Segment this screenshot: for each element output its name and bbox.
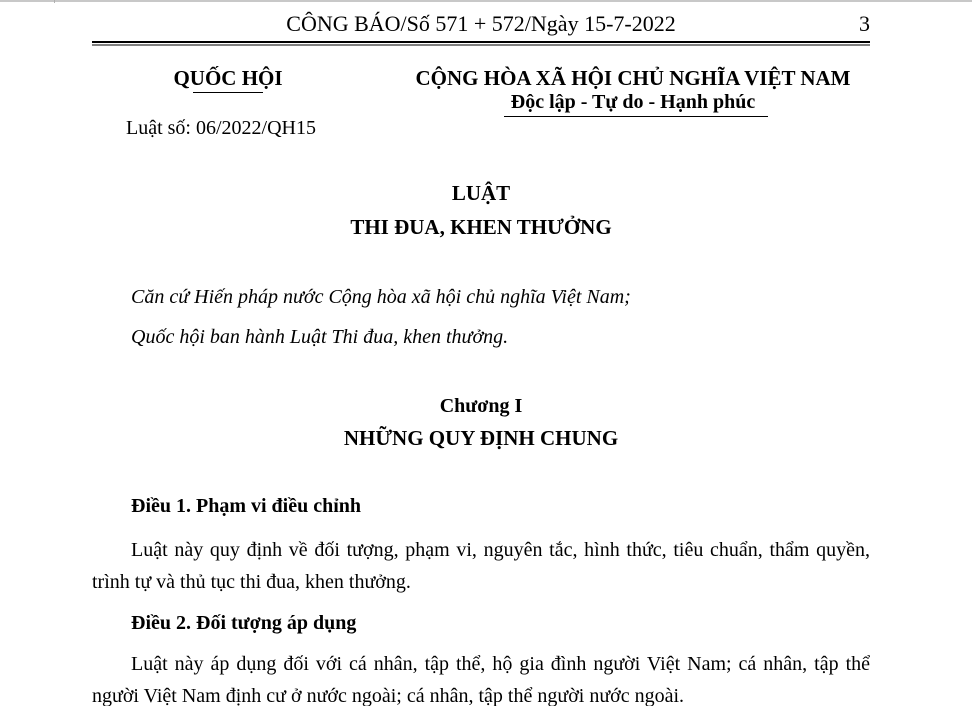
gazette-title: CÔNG BÁO/Số 571 + 572/Ngày 15-7-2022 (92, 10, 870, 38)
header-rule-thin (92, 44, 870, 46)
issuer-underline (193, 92, 263, 93)
motto-underline (504, 116, 768, 117)
document-type: LUẬT (92, 180, 870, 206)
header-rule-thick (92, 41, 870, 43)
page-number: 3 (859, 10, 870, 38)
issuing-body: QUỐC HỘI (140, 65, 316, 91)
chapter-title: NHỮNG QUY ĐỊNH CHUNG (92, 425, 870, 451)
viewer-top-divider (54, 0, 55, 3)
document-title: THI ĐUA, KHEN THƯỞNG (92, 214, 870, 240)
legal-basis-line: Căn cứ Hiến pháp nước Cộng hòa xã hội ch… (131, 284, 631, 310)
article-2-heading: Điều 2. Đối tượng áp dụng (131, 610, 356, 636)
article-1-text: Luật này quy định về đối tượng, phạm vi,… (92, 534, 870, 598)
viewer-top-border (0, 0, 972, 2)
legal-basis-line: Quốc hội ban hành Luật Thi đua, khen thư… (131, 324, 508, 350)
running-header: CÔNG BÁO/Số 571 + 572/Ngày 15-7-2022 3 (92, 10, 870, 38)
article-2-text: Luật này áp dụng đối với cá nhân, tập th… (92, 648, 870, 706)
article-1-heading: Điều 1. Phạm vi điều chỉnh (131, 493, 361, 519)
chapter-number: Chương I (92, 393, 870, 419)
national-motto: Độc lập - Tự do - Hạnh phúc (400, 90, 866, 114)
law-number: Luật số: 06/2022/QH15 (126, 116, 316, 140)
national-title: CỘNG HÒA XÃ HỘI CHỦ NGHĨA VIỆT NAM (400, 65, 866, 91)
